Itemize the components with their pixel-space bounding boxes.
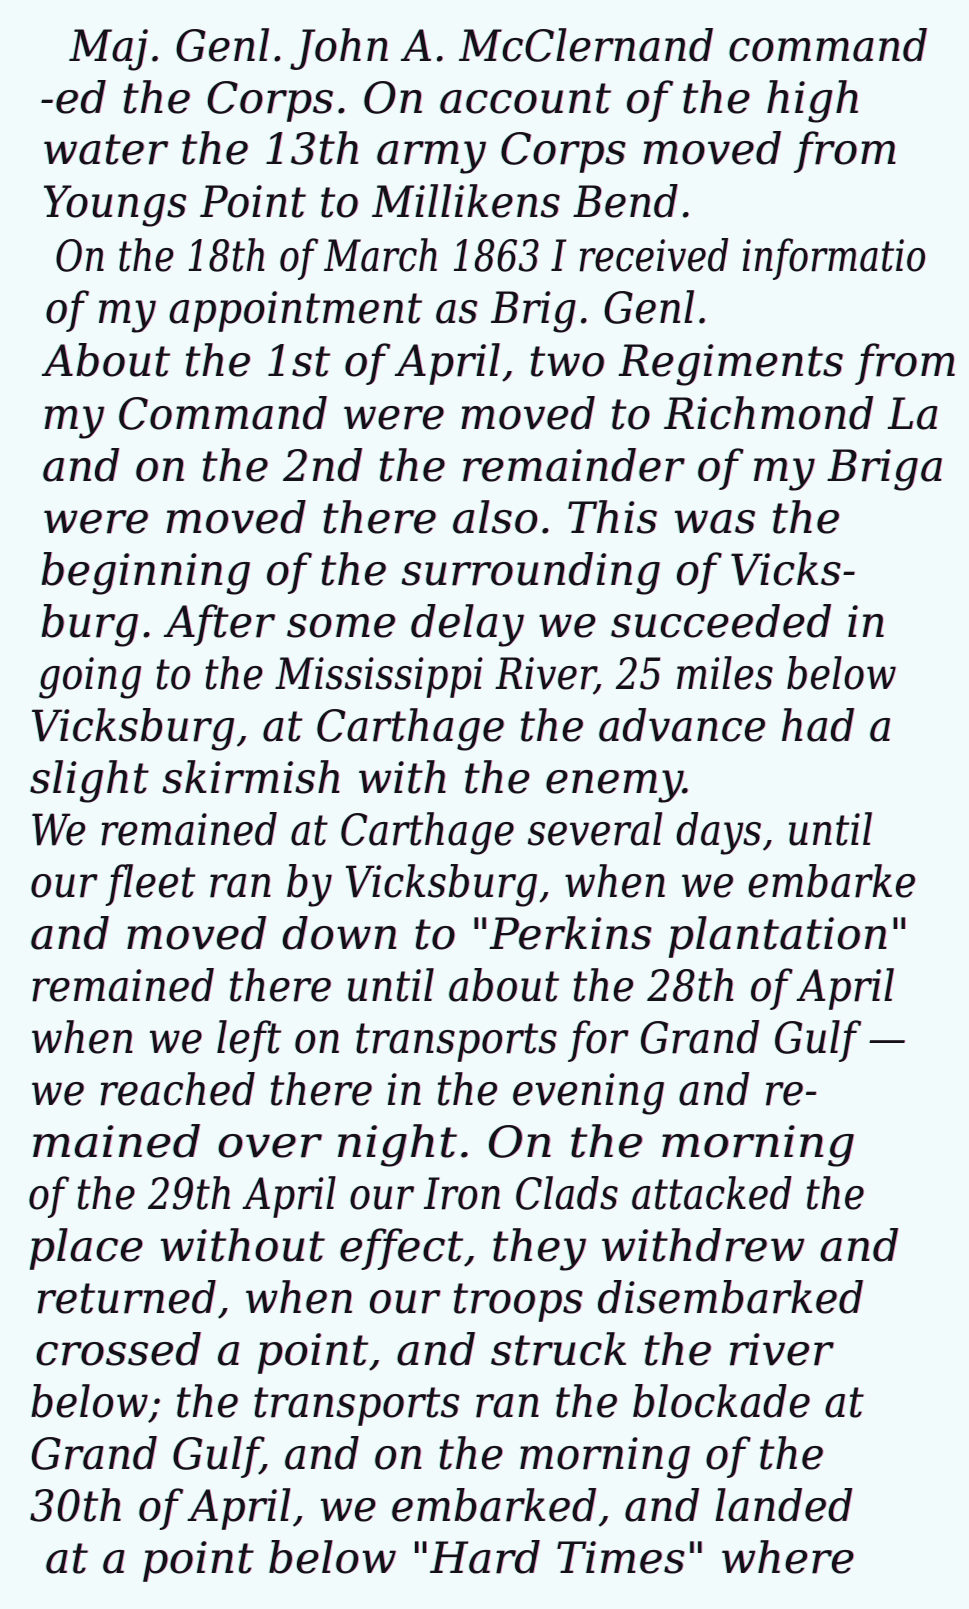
manuscript-line: at a point below "Hard Times" where xyxy=(45,1534,856,1584)
manuscript-line: About the 1st of April, two Regiments fr… xyxy=(45,337,958,387)
manuscript-line: Youngs Point to Millikens Bend. xyxy=(42,178,692,228)
manuscript-line: Maj. Genl. John A. McClernand command xyxy=(70,22,929,72)
manuscript-line: Grand Gulf, and on the morning of the xyxy=(30,1430,825,1480)
manuscript-line: when we left on transports for Grand Gul… xyxy=(30,1014,907,1064)
manuscript-line: mained over night. On the morning xyxy=(30,1118,856,1168)
manuscript-line: were moved there also. This was the xyxy=(42,494,841,544)
manuscript-line: returned, when our troops disembarked xyxy=(35,1274,865,1324)
manuscript-line: of my appointment as Brig. Genl. xyxy=(45,284,709,334)
manuscript-line: below; the transports ran the blockade a… xyxy=(30,1378,864,1428)
manuscript-line: crossed a point, and struck the river xyxy=(35,1326,832,1376)
manuscript-line: and moved down to "Perkins plantation" xyxy=(30,910,910,960)
manuscript-line: water the 13th army Corps moved from xyxy=(42,125,899,175)
manuscript-line: slight skirmish with the enemy. xyxy=(30,754,692,804)
manuscript-line: my Command were moved to Richmond La xyxy=(42,390,940,440)
manuscript-line: and on the 2nd the remainder of my Briga xyxy=(42,442,945,492)
manuscript-page: Maj. Genl. John A. McClernand command -e… xyxy=(0,0,969,1609)
handwritten-text-block: Maj. Genl. John A. McClernand command -e… xyxy=(0,0,969,1609)
manuscript-line: Vicksburg, at Carthage the advance had a xyxy=(30,702,893,752)
manuscript-line: 30th of April, we embarked, and landed xyxy=(30,1482,854,1532)
manuscript-line: place without effect, they withdrew and xyxy=(28,1222,900,1272)
manuscript-line: On the 18th of March 1863 I received inf… xyxy=(55,232,927,282)
manuscript-line: beginning of the surrounding of Vicks- xyxy=(40,546,856,596)
manuscript-line: We remained at Carthage several days, un… xyxy=(30,806,874,856)
manuscript-line: burg. After some delay we succeeded in xyxy=(40,598,887,648)
manuscript-line: we reached there in the evening and re- xyxy=(30,1066,818,1116)
manuscript-line: -ed the Corps. On account of the high xyxy=(40,74,862,124)
manuscript-line: remained there until about the 28th of A… xyxy=(30,962,896,1012)
manuscript-line: going to the Mississippi River, 25 miles… xyxy=(38,650,897,700)
manuscript-line: of the 29th April our Iron Clads attacke… xyxy=(28,1170,865,1220)
manuscript-line: our fleet ran by Vicksburg, when we emba… xyxy=(30,858,917,908)
